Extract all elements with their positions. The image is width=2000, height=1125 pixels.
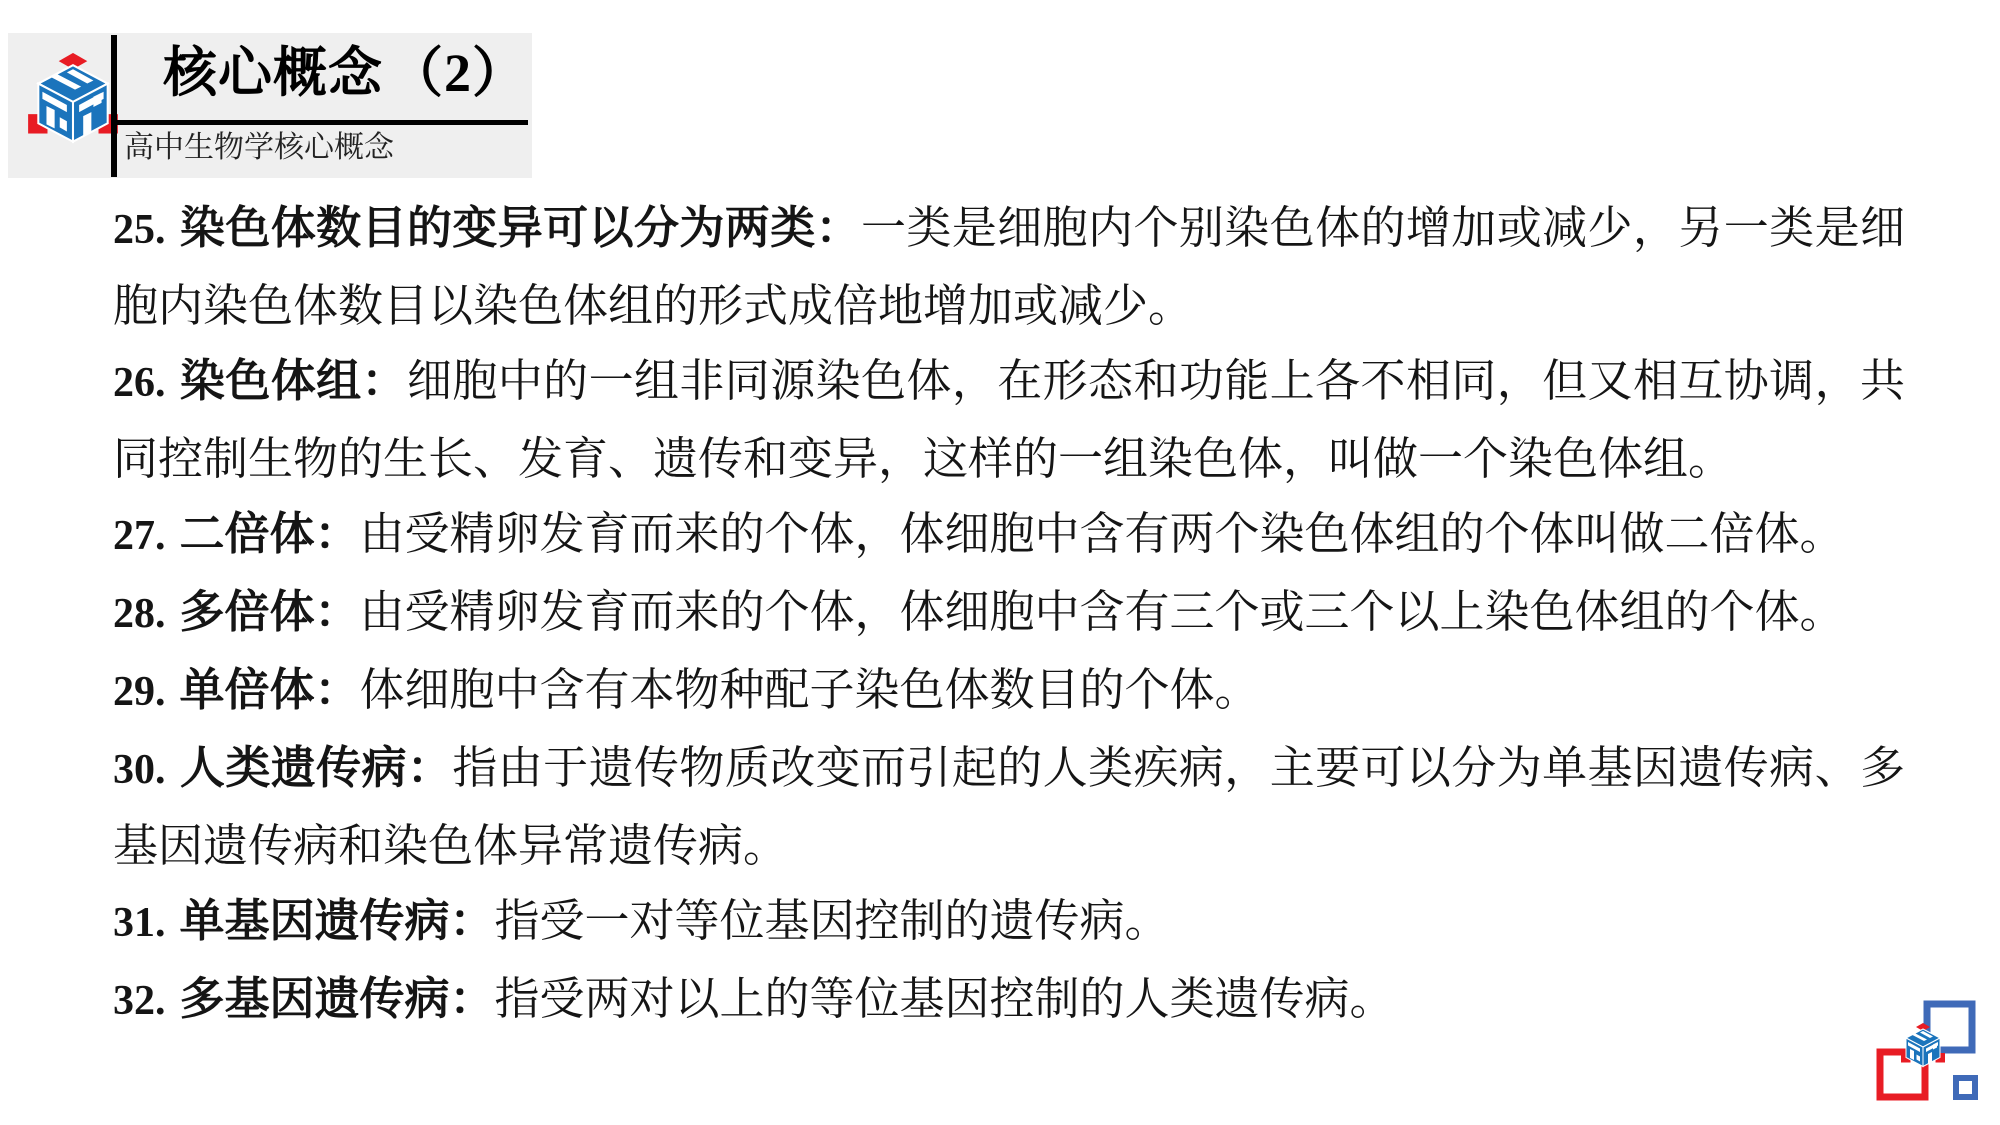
concept-term: 多倍体： [180, 586, 360, 637]
concept-number: 28. [113, 591, 166, 637]
concept-definition: 指受一对等位基因控制的遗传病。 [495, 895, 1170, 946]
slide-subtitle: 高中生物学核心概念 [124, 128, 394, 168]
concept-number: 26. [113, 360, 166, 406]
concept-term: 二倍体： [180, 508, 360, 559]
concept-definition: 体细胞中含有本物种配子染色体数目的个体。 [360, 664, 1260, 715]
concept-term: 染色体组： [180, 355, 407, 406]
slide-title-text: 核心概念 [163, 43, 383, 103]
corner-cube-logo-icon [1872, 996, 1982, 1104]
concept-item: 27.二倍体：由受精卵发育而来的个体，体细胞中含有两个染色体组的个体叫做二倍体。 [113, 496, 1905, 574]
concept-item: 31.单基因遗传病：指受一对等位基因控制的遗传病。 [113, 883, 1905, 961]
concept-number: 27. [113, 513, 166, 559]
concept-item: 30.人类遗传病：指由于遗传物质改变而引起的人类疾病，主要可以分为单基因遗传病、… [113, 730, 1905, 883]
concept-number: 25. [113, 207, 166, 253]
concept-number: 30. [113, 747, 166, 793]
concept-definition: 指受两对以上的等位基因控制的人类遗传病。 [495, 973, 1395, 1024]
concept-item: 29.单倍体：体细胞中含有本物种配子染色体数目的个体。 [113, 652, 1905, 730]
concept-item: 25.染色体数目的变异可以分为两类：一类是细胞内个别染色体的增加或减少，另一类是… [113, 190, 1905, 343]
slide: { "header": { "title_main": "核心概念", "tit… [0, 0, 2000, 1125]
concept-number: 29. [113, 669, 166, 715]
header-vertical-rule [111, 35, 117, 177]
header-underline [111, 120, 528, 125]
concept-term: 染色体数目的变异可以分为两类： [180, 202, 862, 253]
concept-item: 32.多基因遗传病：指受两对以上的等位基因控制的人类遗传病。 [113, 961, 1905, 1039]
concept-term: 单倍体： [180, 664, 360, 715]
concept-definition: 由受精卵发育而来的个体，体细胞中含有两个染色体组的个体叫做二倍体。 [360, 508, 1845, 559]
concept-item: 28.多倍体：由受精卵发育而来的个体，体细胞中含有三个或三个以上染色体组的个体。 [113, 574, 1905, 652]
concept-term: 单基因遗传病： [180, 895, 495, 946]
concept-list: 25.染色体数目的变异可以分为两类：一类是细胞内个别染色体的增加或减少，另一类是… [113, 190, 1905, 1039]
slide-title-number: （2） [389, 43, 527, 103]
concept-item: 26.染色体组：细胞中的一组非同源染色体，在形态和功能上各不相同，但又相互协调，… [113, 343, 1905, 496]
brand-cube-logo-icon [22, 46, 124, 168]
concept-number: 31. [113, 900, 166, 946]
concept-term: 人类遗传病： [180, 742, 453, 793]
concept-number: 32. [113, 978, 166, 1024]
concept-definition: 由受精卵发育而来的个体，体细胞中含有三个或三个以上染色体组的个体。 [360, 586, 1845, 637]
concept-term: 多基因遗传病： [180, 973, 495, 1024]
slide-title: 核心概念（2） [163, 42, 527, 104]
